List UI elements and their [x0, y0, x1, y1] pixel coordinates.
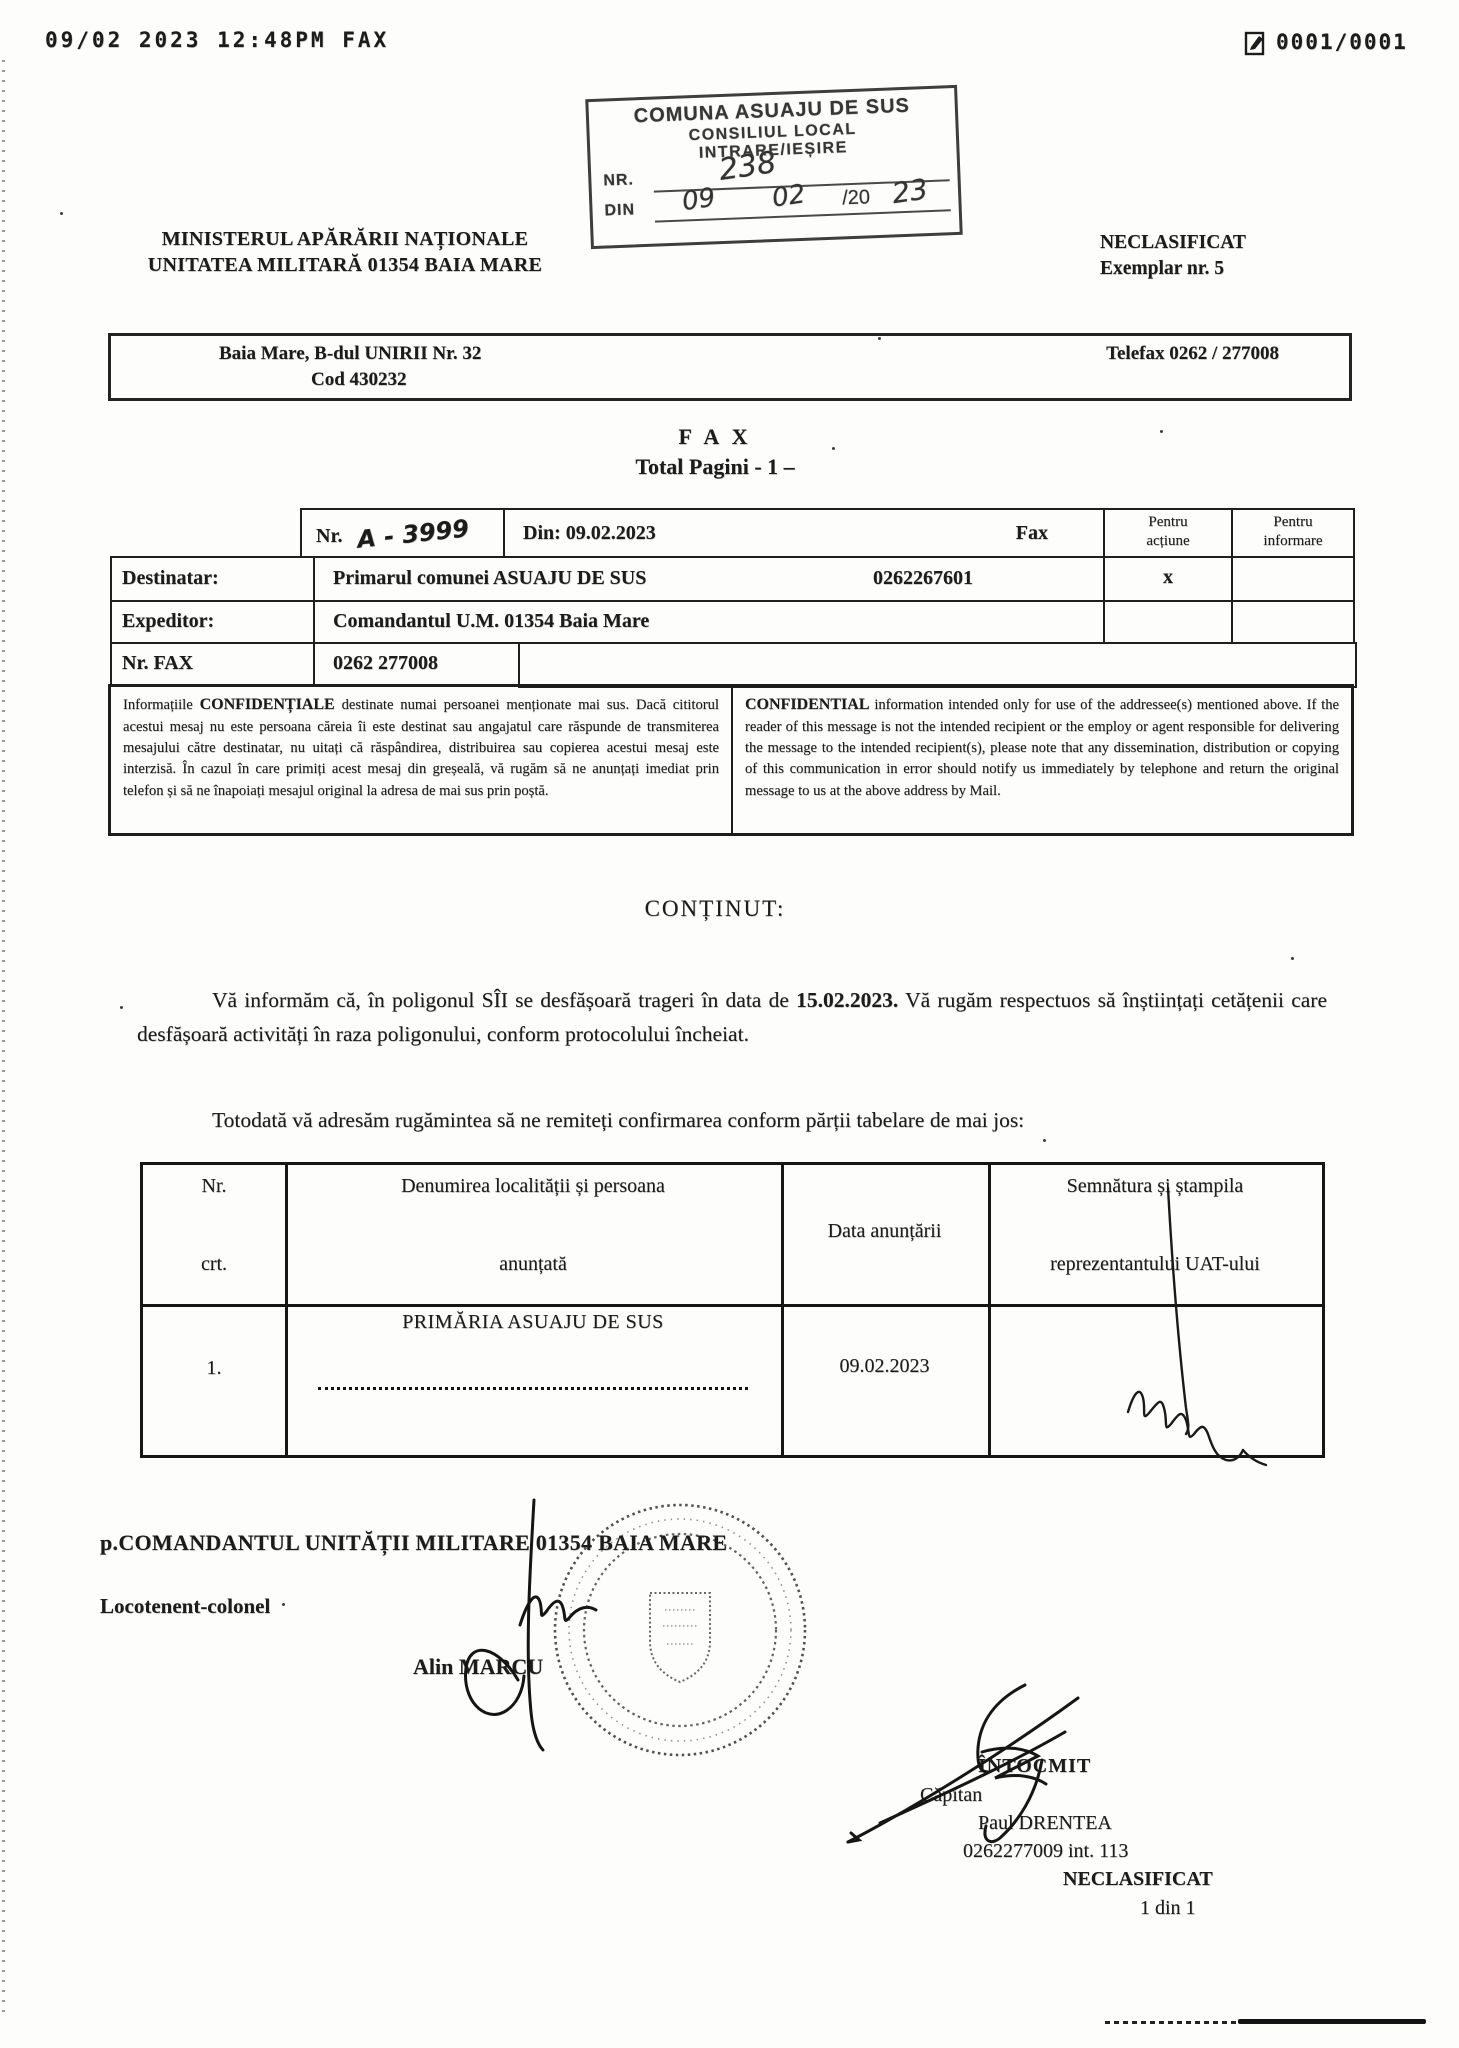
expeditor-action-cell [1103, 600, 1233, 644]
confidential-notice-en: CONFIDENTIAL information intended only f… [731, 687, 1351, 833]
row-locality: PRIMĂRIA ASUAJU DE SUS [285, 1311, 781, 1334]
address-line1: Baia Mare, B-dul UNIRII Nr. 32 [219, 343, 481, 365]
table-vline-1 [285, 1165, 288, 1455]
stamp-din-day: 09 [680, 183, 717, 217]
letterhead-ministry-unit: MINISTERUL APĂRĂRII NAȚIONALE UNITATEA M… [120, 226, 570, 278]
routing-nr-cell: Nr. A - 3999 [300, 508, 505, 558]
destinatar-value-cell: Primarul comunei ASUAJU DE SUS 026226760… [313, 556, 1105, 602]
expeditor-label-cell: Expeditor: [110, 600, 315, 644]
routing-nr-handwritten: A - 3999 [356, 514, 470, 554]
scan-speck [282, 1603, 285, 1606]
page-count-footer: 1 din 1 [1140, 1897, 1196, 1920]
uat-representative-signature [1080, 1170, 1320, 1470]
action-header-line2: acțiune [1105, 532, 1231, 551]
routing-din-cell: Din: 09.02.2023 Fax [503, 508, 1105, 558]
content-heading: CONȚINUT: [0, 896, 1430, 922]
prepared-by-signature [820, 1660, 1110, 1855]
nrfax-open-cell [518, 642, 1357, 688]
stamp-din-year: 23 [890, 172, 930, 210]
scan-noise-strip [2, 60, 5, 2020]
nrfax-value-cell: 0262 277008 [313, 642, 520, 686]
nrfax-label-cell: Nr. FAX [110, 642, 315, 686]
routing-action-header: Pentru acțiune [1103, 508, 1233, 558]
expeditor-info-cell [1231, 600, 1355, 644]
row-locality-dotted-line [318, 1387, 748, 1390]
header-nr-line1: Nr. [143, 1175, 285, 1198]
destinatar-fax-number: 0262267601 [873, 567, 973, 600]
table-vline-2 [781, 1165, 784, 1455]
fax-total-pages: Total Pagini - 1 – [0, 454, 1430, 480]
destinatar-info-cell [1231, 556, 1355, 602]
scan-speck [1043, 1139, 1046, 1142]
info-header-line1: Pentru [1233, 513, 1353, 532]
fax-page-counter: 0001/0001 [1276, 30, 1408, 54]
military-unit-name: UNITATEA MILITARĂ 01354 BAIA MARE [120, 252, 570, 278]
confidential-ro-lead: Informațiile [123, 697, 193, 713]
routing-fax-col-label: Fax [1016, 522, 1048, 556]
classification-label: NECLASIFICAT [1100, 230, 1246, 256]
scan-artifact-dotted-line [1105, 2021, 1240, 2024]
fax-title: F A X [0, 424, 1430, 450]
confidential-notice-box: Informațiile CONFIDENȚIALE destinate num… [108, 684, 1354, 836]
classification-footer: NECLASIFICAT [1063, 1868, 1213, 1891]
action-header-line1: Pentru [1105, 513, 1231, 532]
destinatar-value: Primarul comunei ASUAJU DE SUS [333, 567, 646, 600]
header-locality-line1: Denumirea localității și persoana [285, 1175, 781, 1198]
confidential-ro-keyword: CONFIDENȚIALE [200, 696, 335, 713]
expeditor-value-cell: Comandantul U.M. 01354 Baia Mare [313, 600, 1105, 644]
row-nr: 1. [143, 1357, 285, 1380]
header-nr-line2: crt. [143, 1253, 285, 1276]
header-locality-line2: anunțată [285, 1253, 781, 1276]
stamp-nr-handwritten: 238 [717, 145, 779, 188]
paragraph-1: Vă informăm că, în poligonul SÎI se desf… [137, 984, 1327, 1052]
paragraph-1-pre: Vă informăm că, în poligonul SÎI se desf… [212, 988, 789, 1012]
routing-info-header: Pentru informare [1231, 508, 1355, 558]
scan-speck [1291, 957, 1294, 960]
destinatar-label-cell: Destinatar: [110, 556, 315, 602]
round-unit-stamp [545, 1498, 815, 1768]
exemplar-label: Exemplar nr. 5 [1100, 256, 1246, 282]
scan-speck [120, 1006, 123, 1009]
stamp-nr-label: NR. [603, 171, 634, 190]
fax-page-icon [1243, 30, 1269, 58]
fax-transmission-timestamp: 09/02 2023 12:48PM FAX [45, 28, 389, 52]
row-date: 09.02.2023 [781, 1355, 988, 1378]
stamp-din-label: DIN [604, 201, 635, 220]
stamp-din-year-printed: /20 [842, 186, 871, 210]
info-header-line2: informare [1233, 532, 1353, 551]
ministry-name: MINISTERUL APĂRĂRII NAȚIONALE [120, 226, 570, 252]
routing-din-date: Din: 09.02.2023 [523, 522, 656, 556]
scan-speck [60, 212, 63, 215]
commander-rank: Locotenent-colonel [100, 1594, 270, 1619]
stamp-din-month: 02 [770, 179, 807, 213]
confidential-en-keyword: CONFIDENTIAL [745, 696, 869, 713]
routing-nr-label: Nr. [316, 525, 342, 547]
destinatar-action-cell: x [1103, 556, 1233, 602]
scan-artifact-black-bar [1238, 2019, 1426, 2024]
classification-header: NECLASIFICAT Exemplar nr. 5 [1100, 230, 1246, 283]
header-date: Data anunțării [781, 1220, 988, 1243]
address-box: Baia Mare, B-dul UNIRII Nr. 32 Cod 43023… [108, 333, 1352, 401]
confidential-notice-ro: Informațiile CONFIDENȚIALE destinate num… [111, 687, 731, 833]
table-vline-3 [988, 1165, 991, 1455]
fax-document-page: 09/02 2023 12:48PM FAX 0001/0001 COMUNA … [0, 0, 1459, 2048]
telefax-number: Telefax 0262 / 277008 [1106, 343, 1279, 365]
paragraph-2: Totodată vă adresăm rugămintea să ne rem… [137, 1104, 1327, 1138]
registration-stamp: COMUNA ASUAJU DE SUS CONSILIUL LOCAL INT… [585, 85, 962, 249]
paragraph-1-date: 15.02.2023. [796, 988, 898, 1012]
address-line2: Cod 430232 [311, 369, 407, 391]
